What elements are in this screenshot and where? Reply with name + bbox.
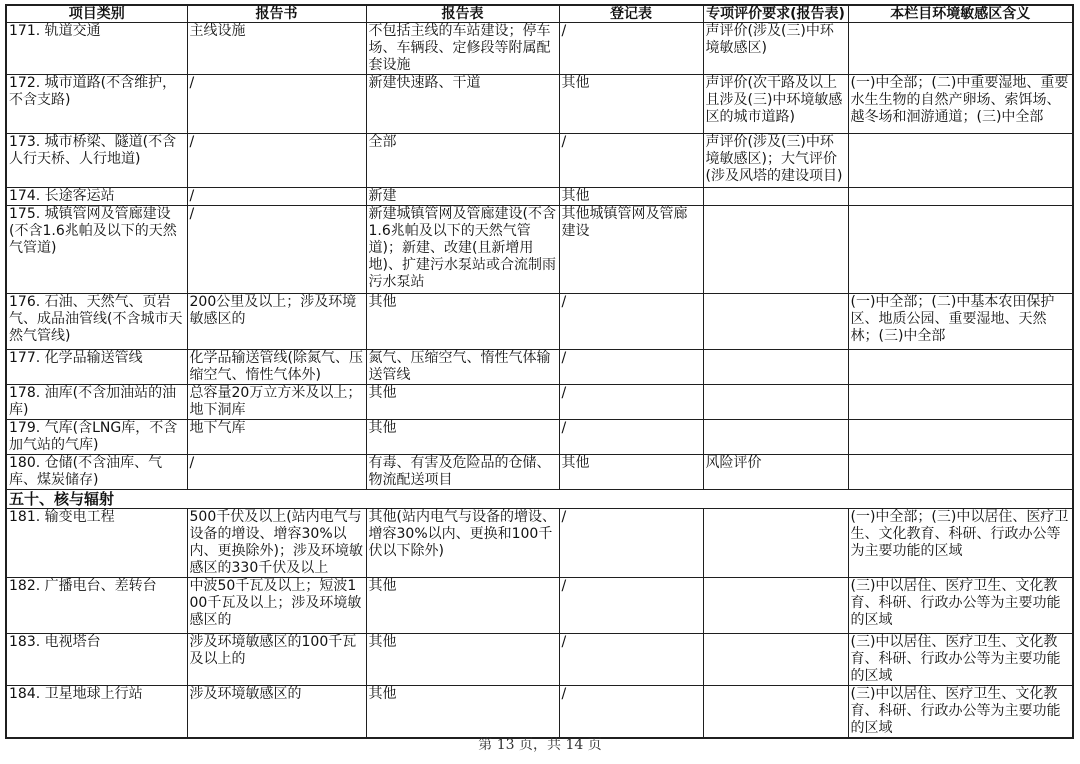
- table-cell: 其他: [559, 188, 703, 206]
- section-row: 五十、核与辐射: [6, 490, 1073, 509]
- table-row: 174. 长途客运站/新建其他: [6, 188, 1073, 206]
- table-cell: 500千伏及以上(站内电气与设备的增设、增容30%以内、更换除外)；涉及环境敏感…: [187, 509, 366, 578]
- table-cell: 177. 化学品输送管线: [6, 350, 187, 385]
- table-cell: /: [559, 294, 703, 350]
- table-cell: /: [559, 134, 703, 188]
- table-cell: /: [559, 385, 703, 420]
- table-cell: 180. 仓储(不含油库、气库、煤炭储存): [6, 455, 187, 490]
- table-cell: [848, 188, 1073, 206]
- table-cell: 其他: [366, 420, 559, 455]
- table-cell: 其他: [366, 294, 559, 350]
- table-row: 177. 化学品输送管线化学品输送管线(除氮气、压缩空气、惰性气体外)氮气、压缩…: [6, 350, 1073, 385]
- column-header: 登记表: [559, 5, 703, 23]
- document-page: 项目类别报告书报告表登记表专项评价要求(报告表)本栏目环境敏感区含义 171. …: [0, 0, 1080, 764]
- table-cell: /: [559, 23, 703, 75]
- table-cell: 其他: [366, 385, 559, 420]
- table-cell: 总容量20万立方米及以上；地下洞库: [187, 385, 366, 420]
- table-cell: 涉及环境敏感区的100千瓦及以上的: [187, 634, 366, 686]
- table-row: 173. 城市桥梁、隧道(不含人行天桥、人行地道)/全部/声评价(涉及(三)中环…: [6, 134, 1073, 188]
- table-cell: [703, 578, 848, 634]
- table-row: 184. 卫星地球上行站涉及环境敏感区的其他/(三)中以居住、医疗卫生、文化教育…: [6, 686, 1073, 739]
- table-cell: (三)中以居住、医疗卫生、文化教育、科研、行政办公等为主要功能的区域: [848, 634, 1073, 686]
- table-cell: 其他: [366, 578, 559, 634]
- table-cell: 声评价(涉及(三)中环境敏感区): [703, 23, 848, 75]
- table-cell: 其他: [559, 455, 703, 490]
- table-cell: [703, 206, 848, 294]
- table-cell: 其他: [366, 634, 559, 686]
- table-cell: 全部: [366, 134, 559, 188]
- table-cell: [848, 23, 1073, 75]
- table-cell: [703, 188, 848, 206]
- table-cell: /: [187, 206, 366, 294]
- table-row: 180. 仓储(不含油库、气库、煤炭储存)/有毒、有害及危险品的仓储、物流配送项…: [6, 455, 1073, 490]
- header-row: 项目类别报告书报告表登记表专项评价要求(报告表)本栏目环境敏感区含义: [6, 5, 1073, 23]
- table-cell: 风险评价: [703, 455, 848, 490]
- table-cell: 涉及环境敏感区的: [187, 686, 366, 739]
- table-cell: 175. 城镇管网及管廊建设(不含1.6兆帕及以下的天然气管道): [6, 206, 187, 294]
- table-cell: /: [559, 686, 703, 739]
- table-cell: 有毒、有害及危险品的仓储、物流配送项目: [366, 455, 559, 490]
- table-cell: 地下气库: [187, 420, 366, 455]
- table-cell: [848, 455, 1073, 490]
- table-row: 172. 城市道路(不含维护，不含支路)/新建快速路、干道其他声评价(次干路及以…: [6, 75, 1073, 134]
- table-cell: /: [187, 75, 366, 134]
- table-cell: 174. 长途客运站: [6, 188, 187, 206]
- table-row: 181. 输变电工程500千伏及以上(站内电气与设备的增设、增容30%以内、更换…: [6, 509, 1073, 578]
- table-cell: /: [559, 420, 703, 455]
- table-row: 171. 轨道交通主线设施不包括主线的车站建设；停车场、车辆段、定修段等附属配套…: [6, 23, 1073, 75]
- table-cell: (一)中全部；(二)中重要湿地、重要水生生物的自然产卵场、索饵场、越冬场和洄游通…: [848, 75, 1073, 134]
- table-cell: /: [187, 134, 366, 188]
- page-number: 第 13 页，共 14 页: [0, 734, 1080, 754]
- column-header: 报告表: [366, 5, 559, 23]
- table-cell: [848, 385, 1073, 420]
- table-cell: 中波50千瓦及以上；短波100千瓦及以上；涉及环境敏感区的: [187, 578, 366, 634]
- column-header: 本栏目环境敏感区含义: [848, 5, 1073, 23]
- table-cell: [703, 420, 848, 455]
- table-cell: [703, 634, 848, 686]
- table-cell: 183. 电视塔台: [6, 634, 187, 686]
- table-cell: 不包括主线的车站建设；停车场、车辆段、定修段等附属配套设施: [366, 23, 559, 75]
- table-cell: 氮气、压缩空气、惰性气体输送管线: [366, 350, 559, 385]
- table-cell: 178. 油库(不含加油站的油库): [6, 385, 187, 420]
- table-cell: (一)中全部；(三)中以居住、医疗卫生、文化教育、科研、行政办公等为主要功能的区…: [848, 509, 1073, 578]
- table-cell: 181. 输变电工程: [6, 509, 187, 578]
- table-cell: [703, 509, 848, 578]
- column-header: 报告书: [187, 5, 366, 23]
- table-cell: 其他(站内电气与设备的增设、增容30%以内、更换和100千伏以下除外): [366, 509, 559, 578]
- table-cell: 声评价(次干路及以上且涉及(三)中环境敏感区的城市道路): [703, 75, 848, 134]
- table-cell: 声评价(涉及(三)中环境敏感区)；大气评价(涉及风塔的建设项目): [703, 134, 848, 188]
- table-cell: 化学品输送管线(除氮气、压缩空气、惰性气体外): [187, 350, 366, 385]
- table-cell: /: [187, 455, 366, 490]
- table-cell: (三)中以居住、医疗卫生、文化教育、科研、行政办公等为主要功能的区域: [848, 578, 1073, 634]
- table-cell: 179. 气库(含LNG库，不含加气站的气库): [6, 420, 187, 455]
- table-cell: /: [187, 188, 366, 206]
- table-cell: 200公里及以上；涉及环境敏感区的: [187, 294, 366, 350]
- table-cell: /: [559, 634, 703, 686]
- table-cell: 184. 卫星地球上行站: [6, 686, 187, 739]
- table-cell: 171. 轨道交通: [6, 23, 187, 75]
- table-row: 175. 城镇管网及管廊建设(不含1.6兆帕及以下的天然气管道)/新建城镇管网及…: [6, 206, 1073, 294]
- table-cell: (三)中以居住、医疗卫生、文化教育、科研、行政办公等为主要功能的区域: [848, 686, 1073, 739]
- table-cell: 176. 石油、天然气、页岩气、成品油管线(不含城市天然气管线): [6, 294, 187, 350]
- section-title: 五十、核与辐射: [6, 490, 1073, 509]
- table-cell: 新建城镇管网及管廊建设(不含1.6兆帕及以下的天然气管道)；新建、改建(且新增用…: [366, 206, 559, 294]
- table-cell: [703, 686, 848, 739]
- table-cell: 其他: [559, 75, 703, 134]
- table-cell: [848, 350, 1073, 385]
- table-cell: [703, 350, 848, 385]
- table-cell: /: [559, 509, 703, 578]
- table-row: 182. 广播电台、差转台中波50千瓦及以上；短波100千瓦及以上；涉及环境敏感…: [6, 578, 1073, 634]
- table-body: 171. 轨道交通主线设施不包括主线的车站建设；停车场、车辆段、定修段等附属配套…: [6, 23, 1073, 739]
- eia-classification-table: 项目类别报告书报告表登记表专项评价要求(报告表)本栏目环境敏感区含义 171. …: [5, 4, 1074, 739]
- table-row: 179. 气库(含LNG库，不含加气站的气库)地下气库其他/: [6, 420, 1073, 455]
- table-cell: 新建: [366, 188, 559, 206]
- table-cell: [848, 420, 1073, 455]
- table-cell: 173. 城市桥梁、隧道(不含人行天桥、人行地道): [6, 134, 187, 188]
- table-cell: 182. 广播电台、差转台: [6, 578, 187, 634]
- table-cell: 其他城镇管网及管廊建设: [559, 206, 703, 294]
- table-cell: /: [559, 578, 703, 634]
- table-cell: [703, 385, 848, 420]
- table-row: 178. 油库(不含加油站的油库)总容量20万立方米及以上；地下洞库其他/: [6, 385, 1073, 420]
- table-cell: /: [559, 350, 703, 385]
- table-cell: 主线设施: [187, 23, 366, 75]
- table-cell: 172. 城市道路(不含维护，不含支路): [6, 75, 187, 134]
- table-cell: 新建快速路、干道: [366, 75, 559, 134]
- column-header: 项目类别: [6, 5, 187, 23]
- table-cell: (一)中全部；(二)中基本农田保护区、地质公园、重要湿地、天然林；(三)中全部: [848, 294, 1073, 350]
- table-row: 183. 电视塔台涉及环境敏感区的100千瓦及以上的其他/(三)中以居住、医疗卫…: [6, 634, 1073, 686]
- table-cell: [848, 206, 1073, 294]
- column-header: 专项评价要求(报告表): [703, 5, 848, 23]
- table-cell: 其他: [366, 686, 559, 739]
- table-cell: [848, 134, 1073, 188]
- table-cell: [703, 294, 848, 350]
- table-row: 176. 石油、天然气、页岩气、成品油管线(不含城市天然气管线)200公里及以上…: [6, 294, 1073, 350]
